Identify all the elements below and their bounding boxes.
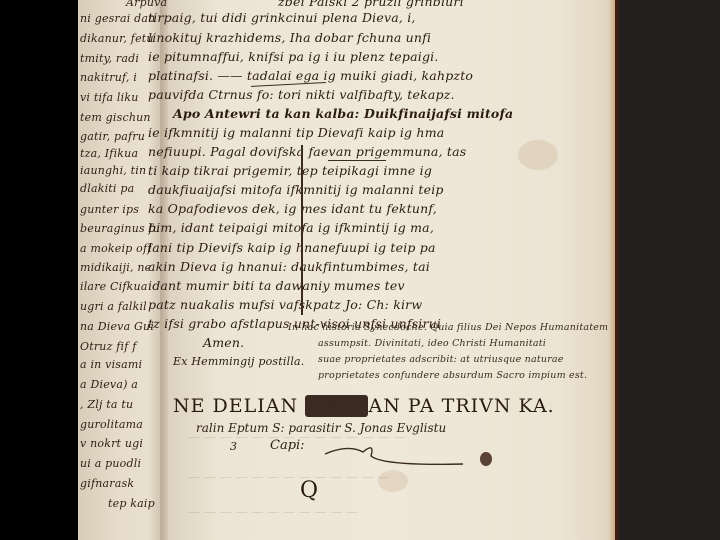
note-line: assumpsit. Divinitati, ideo Christi Huma… (318, 338, 546, 349)
margin-line: gatir, pafru (80, 130, 145, 143)
heading-subtitle: ralin Eptum S: parasitir S. Jonas Evglis… (196, 421, 446, 435)
margin-line: Arpuva (126, 0, 167, 9)
paper-stain (518, 140, 558, 170)
text-line: nefiuupi. Pagal dovifska faevan prigemmu… (148, 144, 466, 159)
source-note: Ex Hemmingij postilla. (173, 355, 305, 368)
margin-line: iaunghi, tin (80, 164, 146, 177)
viewer-right-margin (615, 0, 720, 540)
chapter-heading: NE DELIAN ANTRAN PA TRIVN KA. (173, 395, 555, 417)
margin-line: ni gesrai dan (80, 12, 155, 25)
bleed-through-text: — — — — — — — — — — — — — (188, 470, 390, 484)
margin-line: dikanur, fetu (80, 32, 154, 45)
margin-line: , Zlj ta tu (80, 398, 133, 411)
margin-line: v nokrt ugi (80, 437, 143, 450)
text-line: akin Dieva ig hnanui: daukfintumbimes, t… (148, 259, 430, 274)
margin-line: tmity, radi (80, 52, 139, 65)
note-line: suae proprietates adscribit: at utriusqu… (318, 354, 564, 365)
margin-line: nakitruf, i (80, 71, 137, 84)
manuscript-page: — — — — — — — — — — — — — — — — — — — — … (78, 0, 615, 540)
margin-line: midikaiji, ne (80, 261, 151, 274)
heading-number: 3 (230, 440, 237, 453)
margin-line: dlakiti pa (80, 182, 134, 195)
bleed-through-text: — — — — — — — — — — — (188, 505, 358, 519)
text-line: platinafsi. —— tadalai ega ig muiki giad… (148, 68, 473, 83)
margin-line: a in visami (80, 358, 142, 371)
text-line: zbei Palski 2 pruzli grinbiuri (278, 0, 464, 9)
margin-line: ilare Cifkua (80, 280, 148, 293)
text-line: tirpaig, tui didi grinkcinui plena Dieva… (148, 10, 416, 25)
viewer-left-margin (0, 0, 78, 540)
ink-blot (480, 452, 492, 466)
underline-stroke (328, 160, 386, 161)
text-line: ti kaip tikrai prigemir, tep teipikagi i… (148, 163, 432, 178)
margin-line: ugri a falkil (80, 300, 147, 313)
margin-line: gunter ips (80, 203, 139, 216)
page-edge-shadow (615, 0, 619, 540)
catchword: Q (300, 478, 318, 503)
text-line: ie pitumnaffui, knifsi pa ig i iu plenz … (148, 49, 439, 64)
heading-suffix: AN PA TRIVN KA. (368, 395, 554, 417)
text-line: patz nuakalis mufsi vafskpatz Jo: Ch: ki… (148, 297, 422, 312)
margin-line: vi tifa liku (80, 91, 138, 104)
text-line: lani tip Dievifs kaip ig hnanefuupi ig t… (148, 240, 436, 255)
margin-line: tza, Ifikua (80, 147, 138, 160)
text-line: Amen. (203, 335, 244, 350)
margin-line: na Dieva Gui (80, 320, 154, 333)
vertical-ink-line (301, 145, 303, 315)
text-line: ka Opafodievos dek, ig mes idant tu fekt… (148, 201, 437, 216)
text-line: linokituj krazhidems, Iha dobar fchuna u… (148, 30, 431, 45)
text-line: ie ifkmnitij ig malanni tip Dievafi kaip… (148, 125, 444, 140)
heading-ink-blot: ANTR (305, 395, 368, 417)
margin-line: a Dieva) a (80, 378, 138, 391)
margin-line: tep kaip (108, 497, 155, 510)
heading-chapter: Capi: (270, 438, 305, 453)
text-line: pauvifda Ctrnus fo: tori nikti valfibaft… (148, 87, 455, 102)
text-line: daukfiuaijafsi mitofa ifkmnitij ig malan… (148, 182, 444, 197)
margin-line: ui a puodli (80, 457, 141, 470)
heading-prefix: NE DELIAN (173, 395, 298, 417)
text-line: bim, idant teipaigi mitofa ig ifkmintij … (148, 220, 434, 235)
flourish-stroke (323, 440, 473, 470)
margin-line: a mokeip off (80, 242, 152, 255)
margin-line: gifnarask (80, 477, 134, 490)
margin-line: gurolitama (80, 418, 143, 431)
text-line: idant mumir biti ta dawaniy mumes tev (148, 278, 405, 293)
margin-line: tem gischun (80, 111, 151, 124)
note-line: proprietates confundere absurdum Sacro i… (318, 370, 587, 381)
margin-line: Otruz fif f (80, 340, 137, 353)
text-line: Apo Antewri ta kan kalba: Duikfinaijafsi… (173, 106, 513, 121)
note-line: In hac historia Synecdoche. Quia filius … (288, 322, 608, 333)
